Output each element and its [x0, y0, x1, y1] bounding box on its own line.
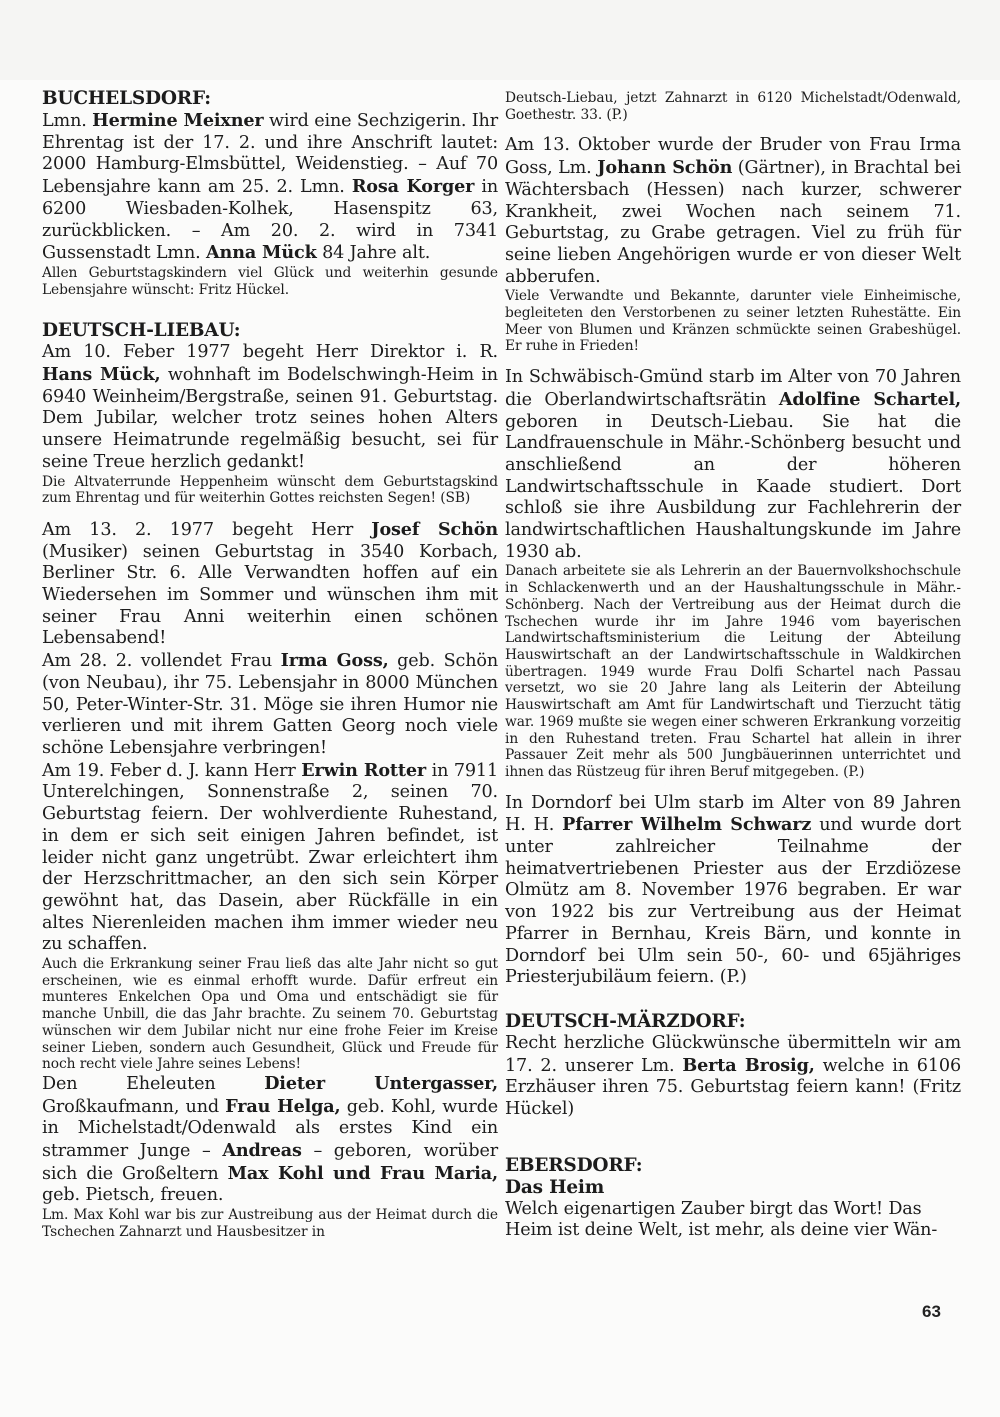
section-heading: DEUTSCH-MÄRZDORF:: [505, 1011, 961, 1033]
page-number: 63: [922, 1302, 941, 1322]
person-name: Rosa Korger: [352, 176, 474, 197]
person-name: Andreas: [222, 1140, 301, 1161]
section-ebersdorf: EBERSDORF: Das Heim Welch eigenartigen Z…: [505, 1155, 961, 1242]
paragraph-small: Viele Verwandte und Bekannte, darunter v…: [505, 288, 961, 355]
paragraph-small: Deutsch-Liebau, jetzt Zahnarzt in 6120 M…: [505, 90, 961, 123]
person-name: Adolfine Schartel,: [779, 389, 961, 410]
paragraph: In Schwäbisch-Gmünd starb im Alter von 7…: [505, 367, 961, 563]
section-deutsch-maerzdorf: DEUTSCH-MÄRZDORF: Recht herzliche Glückw…: [505, 1011, 961, 1121]
person-name: Pfarrer Wilhelm Schwarz: [562, 814, 811, 835]
section-heading: EBERSDORF:: [505, 1155, 961, 1177]
paragraph: Recht herzliche Glückwünsche übermitteln…: [505, 1033, 961, 1121]
paragraph-small: Allen Geburtstagskindern viel Glück und …: [42, 265, 498, 298]
person-name: Dieter Untergasser,: [264, 1073, 498, 1094]
magazine-page: BUCHELSDORF: Lmn. Hermine Meixner wird e…: [0, 0, 1000, 1417]
section-heading: BUCHELSDORF:: [42, 88, 498, 110]
section-deutsch-liebau: DEUTSCH-LIEBAU: Am 10. Feber 1977 begeht…: [42, 320, 498, 1240]
person-name: Johann Schön: [597, 157, 732, 178]
article-subheading: Das Heim: [505, 1177, 961, 1199]
paragraph: Am 13. 2. 1977 begeht Herr Josef Schön (…: [42, 519, 498, 650]
person-name: Erwin Rotter: [301, 760, 426, 781]
paragraph: Lmn. Hermine Meixner wird eine Sechziger…: [42, 110, 498, 265]
paragraph: Am 10. Feber 1977 begeht Herr Direktor i…: [42, 342, 498, 473]
paragraph: Am 19. Feber d. J. kann Herr Erwin Rotte…: [42, 760, 498, 956]
paragraph-small: Auch die Erkrankung seiner Frau ließ das…: [42, 956, 498, 1073]
paragraph: Am 28. 2. vollendet Frau Irma Goss, geb.…: [42, 650, 498, 760]
paragraph-small: Die Altvaterrunde Heppenheim wünscht dem…: [42, 474, 498, 507]
paragraph: Am 13. Oktober wurde der Bruder von Frau…: [505, 135, 961, 288]
person-name: Anna Mück: [206, 242, 317, 263]
left-column: BUCHELSDORF: Lmn. Hermine Meixner wird e…: [42, 88, 498, 1241]
paragraph-small: Lm. Max Kohl war bis zur Austreibung aus…: [42, 1207, 498, 1240]
person-name: Hans Mück,: [42, 364, 161, 385]
section-buchelsdorf: BUCHELSDORF: Lmn. Hermine Meixner wird e…: [42, 88, 498, 298]
person-name: Max Kohl und Frau Maria,: [228, 1163, 498, 1184]
paragraph-small: Danach arbeitete sie als Lehrerin an der…: [505, 563, 961, 780]
section-deutsch-liebau-continued: Deutsch-Liebau, jetzt Zahnarzt in 6120 M…: [505, 90, 961, 989]
person-name: Hermine Meixner: [92, 110, 263, 131]
paragraph: Welch eigenartigen Zauber birgt das Wort…: [505, 1199, 961, 1242]
paragraph: In Dorndorf bei Ulm starb im Alter von 8…: [505, 793, 961, 989]
person-name: Irma Goss,: [281, 650, 389, 671]
show-through-shading: [0, 0, 1000, 80]
person-name: Frau Helga,: [225, 1096, 340, 1117]
section-heading: DEUTSCH-LIEBAU:: [42, 320, 498, 342]
paragraph: Den Eheleuten Dieter Untergasser, Großka…: [42, 1073, 498, 1207]
right-column: Deutsch-Liebau, jetzt Zahnarzt in 6120 M…: [505, 90, 961, 1242]
person-name: Josef Schön: [371, 519, 498, 540]
person-name: Berta Brosig,: [682, 1055, 814, 1076]
